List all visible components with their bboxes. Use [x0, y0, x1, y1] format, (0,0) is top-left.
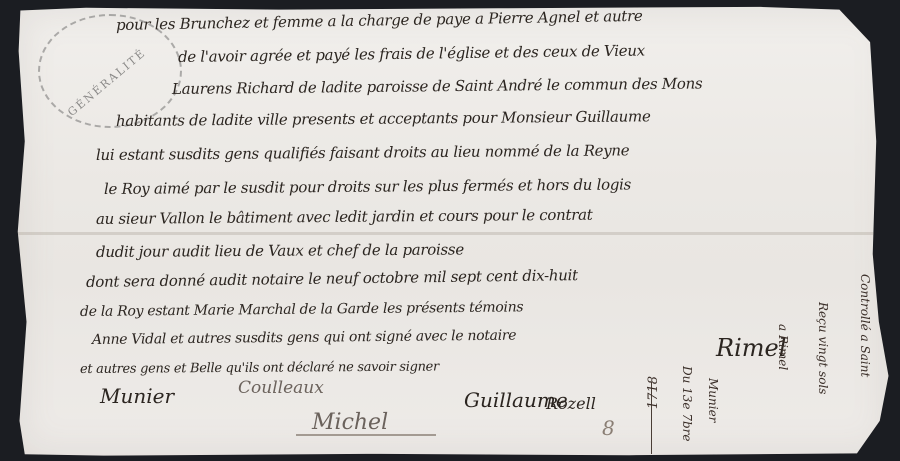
- signature-michel: Michel: [312, 410, 388, 435]
- body-line: au sieur Vallon le bâtiment avec ledit j…: [96, 206, 593, 228]
- folio-number: 8: [602, 416, 615, 440]
- body-line: pour les Brunchez et femme a la charge d…: [116, 7, 643, 34]
- margin-note: Munier: [706, 378, 720, 422]
- body-line: lui estant susdits gens qualifiés faisan…: [96, 141, 629, 164]
- margin-note: Du 13e 7bre: [680, 366, 694, 442]
- signature-flourish: [296, 434, 436, 436]
- body-line: le Roy aimé par le susdit pour droits su…: [104, 175, 631, 198]
- body-line: dont sera donné audit notaire le neuf oc…: [86, 266, 578, 291]
- body-line: Laurens Richard de ladite paroisse de Sa…: [172, 74, 703, 98]
- margin-note: Controllé a Saint: [858, 274, 872, 377]
- margin-note: a Rimel: [776, 324, 790, 370]
- manuscript-sheet: GÉNÉRALITÉ pour les Brunchez et femme a …: [16, 6, 892, 457]
- body-line: de la Roy estant Marie Marchal de la Gar…: [80, 299, 523, 320]
- body-line: Anne Vidal et autres susdits gens qui on…: [92, 328, 516, 348]
- paper-fold-crease: [16, 232, 892, 235]
- signature-rozell: Rozell: [546, 394, 596, 413]
- stamp-label: GÉNÉRALITÉ: [65, 46, 148, 119]
- margin-note: Reçu vingt sols: [816, 302, 830, 394]
- body-line: et autres gens et Belle qu'ils ont décla…: [80, 359, 439, 377]
- signature-coulleaux: Coulleaux: [238, 378, 324, 398]
- body-line: de l'avoir agrée et payé les frais de l'…: [178, 41, 645, 66]
- body-line: dudit jour audit lieu de Vaux et chef de…: [96, 240, 464, 261]
- margin-date: 1718: [646, 376, 661, 409]
- body-line: habitants de ladite ville presents et ac…: [116, 107, 651, 130]
- signature-munier: Munier: [100, 384, 174, 408]
